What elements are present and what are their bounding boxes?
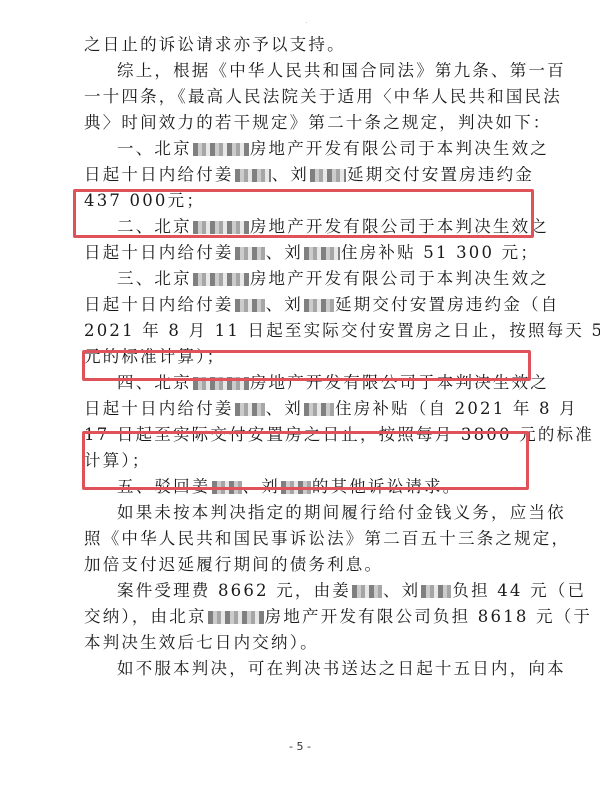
text-segment: 日起十日内给付姜 (84, 399, 234, 418)
redacted-person-name (235, 403, 265, 416)
redacted-person-name (235, 299, 265, 312)
text-segment: 、刘 (272, 165, 309, 184)
text-segment: 、刘 (383, 581, 420, 600)
judgment-item-1: 一、北京房地产开发有限公司于本判决生效之 (84, 136, 532, 162)
text-segment: 交纳），由北京 (84, 607, 207, 626)
text-segment: 、刘 (266, 399, 303, 418)
text-line: 日起十日内给付姜、刘延期交付安置房违约金 (84, 162, 532, 188)
text-segment: 房地产开发有限公司于本判决生效之 (250, 269, 549, 288)
text-segment: 、刘 (266, 243, 303, 262)
redacted-person-name (304, 299, 334, 312)
text-line: 日起十日内给付姜、刘延期交付安置房违约金（自 (84, 292, 532, 318)
text-segment: 三、北京 (117, 269, 192, 288)
redacted-person-name (304, 247, 340, 260)
redacted-person-name (310, 169, 346, 182)
text-line: 日起十日内给付姜、刘住房补贴 51 300 元； (84, 240, 532, 266)
redacted-person-name (352, 585, 382, 598)
text-segment: 日起十日内给付姜 (84, 165, 234, 184)
text-line: 综上，根据《中华人民共和国合同法》第九条、第一百 (84, 58, 532, 84)
text-segment: 负担 44 元（已 (452, 581, 586, 600)
text-segment: 住房补贴 51 300 元； (341, 243, 539, 262)
redacted-person-name (304, 403, 334, 416)
text-line: 加倍支付迟延履行期间的债务利息。 (84, 552, 532, 578)
text-segment: 、刘 (266, 295, 303, 314)
text-line: 一十四条，《最高人民法院关于适用〈中华人民共和国民法 (84, 84, 532, 110)
text-segment: 日起十日内给付姜 (84, 295, 234, 314)
text-line: 照《中华人民共和国民事诉讼法》第二百五十三条之规定， (84, 526, 532, 552)
text-line: 本判决生效后七日内交纳）。 (84, 630, 532, 656)
redacted-person-name (235, 169, 271, 182)
text-segment: 案件受理费 8662 元，由姜 (117, 581, 351, 600)
text-line: 典〉时间效力的若干规定》第二十条之规定，判决如下： (84, 110, 532, 136)
text-line: 如果未按本判决指定的期间履行给付金钱义务，应当依 (84, 500, 532, 526)
redacted-person-name (421, 585, 451, 598)
text-line: 2021 年 8 月 11 日起至实际交付安置房之日止，按照每天 500 (84, 318, 532, 344)
text-line: 交纳），由北京房地产开发有限公司负担 8618 元（于 (84, 604, 532, 630)
redacted-person-name (235, 247, 265, 260)
text-segment: 延期交付安置房违约金 (347, 165, 534, 184)
document-page: 之日止的诉讼请求亦予以支持。 综上，根据《中华人民共和国合同法》第九条、第一百 … (0, 0, 600, 800)
court-fee-line: 案件受理费 8662 元，由姜、刘负担 44 元（已 (84, 578, 532, 604)
text-segment: 住房补贴（自 2021 年 8 月 (335, 399, 578, 418)
text-segment: 房地产开发有限公司于本判决生效之 (250, 139, 549, 158)
text-segment: 延期交付安置房违约金（自 (335, 295, 559, 314)
page-number: - 5 - (0, 740, 600, 753)
text-line: 日起十日内给付姜、刘住房补贴（自 2021 年 8 月 (84, 396, 532, 422)
text-segment: 日起十日内给付姜 (84, 243, 234, 262)
highlight-box-housing-subsidy (82, 431, 529, 490)
highlight-box-penalty (73, 189, 534, 238)
redacted-company-name (193, 273, 249, 286)
scan-artifact (306, 22, 307, 23)
text-segment: 房地产开发有限公司负担 8618 元（于 (265, 607, 592, 626)
text-line: 之日止的诉讼请求亦予以支持。 (84, 32, 532, 58)
judgment-item-3: 三、北京房地产开发有限公司于本判决生效之 (84, 266, 532, 292)
redacted-company-name (208, 611, 264, 624)
highlight-box-daily-rate (82, 350, 531, 381)
text-line: 如不服本判决，可在判决书送达之日起十五日内，向本 (84, 656, 532, 682)
text-segment: 一、北京 (117, 139, 192, 158)
redacted-company-name (193, 143, 249, 156)
